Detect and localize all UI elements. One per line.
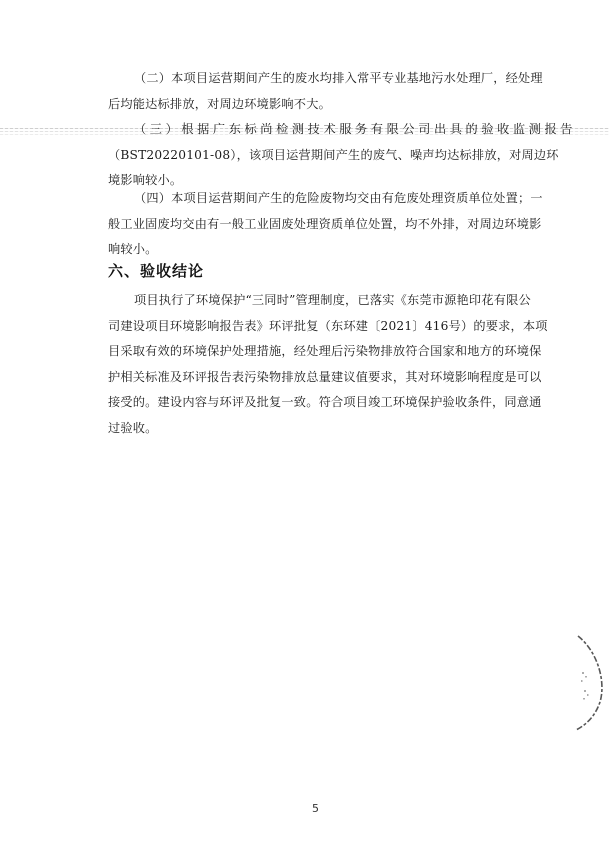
paragraph-line: 项目执行了环境保护“三同时”管理制度，已落实《东莞市源艳印花有限公	[108, 288, 512, 314]
paragraph-line: （四）本项目运营期间产生的危险废物均交由有危废处理资质单位处置；一	[108, 186, 512, 212]
paragraph-line: 司建设项目环境影响报告表》环评批复（东环建〔2021〕416号）的要求，本项	[108, 314, 512, 340]
seal-stamp-icon	[570, 632, 609, 732]
paragraph-line: 后均能达标排放，对周边环境影响不大。	[108, 92, 512, 118]
paragraph-line: （二）本项目运营期间产生的废水均排入常平专业基地污水处理厂，经处理	[108, 66, 512, 92]
page-number: 5	[312, 802, 319, 815]
paragraph-item-2: （二）本项目运营期间产生的废水均排入常平专业基地污水处理厂，经处理 后均能达标排…	[108, 66, 512, 117]
paragraph-item-4: （四）本项目运营期间产生的危险废物均交由有危废处理资质单位处置；一 般工业固废均…	[108, 186, 512, 263]
paragraph-line: 般工业固废均交由有一般工业固废处理资质单位处置，均不外排，对周边环境影	[108, 212, 512, 238]
paragraph-conclusion: 项目执行了环境保护“三同时”管理制度，已落实《东莞市源艳印花有限公 司建设项目环…	[108, 288, 512, 441]
paragraph-line: 响较小。	[108, 237, 512, 263]
paragraph-item-3: （三）根据广东标尚检测技术服务有限公司出具的验收监测报告 （BST2022010…	[108, 117, 512, 194]
paragraph-line: 目采取有效的环境保护处理措施，经处理后污染物排放符合国家和地方的环境保	[108, 339, 512, 365]
document-page: （二）本项目运营期间产生的废水均排入常平专业基地污水处理厂，经处理 后均能达标排…	[0, 0, 609, 861]
paragraph-line: 护相关标准及环评报告表污染物排放总量建议值要求，其对环境影响程度是可以	[108, 365, 512, 391]
paragraph-line: 接受的。建设内容与环评及批复一致。符合项目竣工环境保护验收条件，同意通	[108, 390, 512, 416]
paragraph-line: （三）根据广东标尚检测技术服务有限公司出具的验收监测报告	[108, 117, 512, 143]
paragraph-line: （BST20220101-08），该项目运营期间产生的废气、噪声均达标排放，对周…	[108, 143, 512, 169]
section-heading: 六、验收结论	[108, 260, 204, 281]
paragraph-line: 过验收。	[108, 416, 512, 442]
